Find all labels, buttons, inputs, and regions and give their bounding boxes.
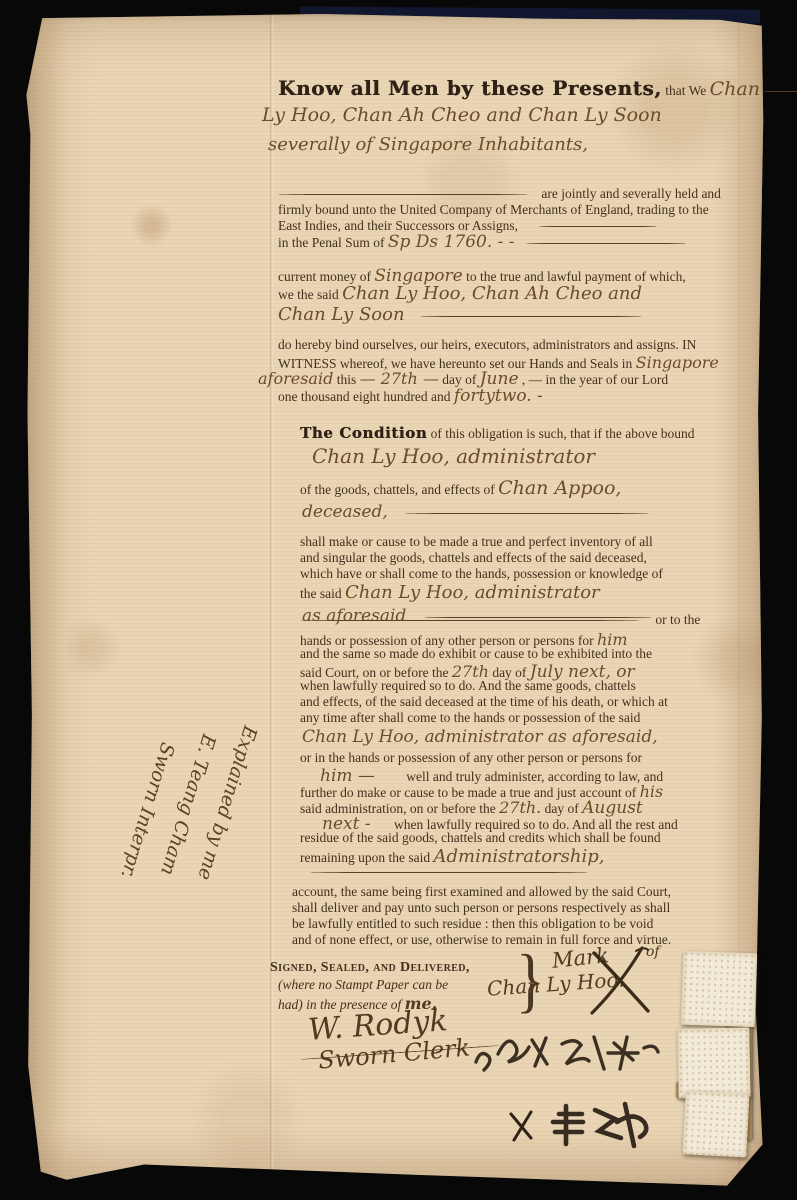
printed-line: the said Chan Ly Hoo, administrator <box>300 582 600 603</box>
printed-text: this <box>337 372 357 387</box>
printed-text: are jointly and severally held and <box>541 186 721 201</box>
printed-line: deceased, <box>302 502 649 522</box>
margin-note-interpreter: Explained by me E. Teang Cham Sworn Inte… <box>62 699 268 1057</box>
printed-line: shall deliver and pay unto such person o… <box>292 900 670 916</box>
printed-text: one thousand eight hundred and <box>278 389 450 404</box>
handwritten-rule <box>405 513 649 514</box>
hw-obligor-residence: severally of Singapore Inhabitants, <box>268 134 588 155</box>
handwritten-rule <box>278 194 528 195</box>
hw-said-names-1: Chan Ly Hoo, Chan Ah Cheo and <box>342 283 642 304</box>
printed-line: The Condition of this obligation is such… <box>300 424 695 442</box>
chinese-signature-icon <box>468 1022 660 1080</box>
printed-line: shall make or cause to be made a true an… <box>300 534 653 550</box>
printed-text: of this obligation is such, that if the … <box>431 426 695 441</box>
printed-line: Chan Ly Soon <box>278 304 642 325</box>
printed-line: we the said Chan Ly Hoo, Chan Ah Cheo an… <box>278 283 642 304</box>
handwritten-rule <box>539 226 657 227</box>
handwritten-rule <box>763 91 797 92</box>
printed-line: and effects, of the said deceased at the… <box>300 694 668 710</box>
printed-text: in the Penal Sum of <box>278 235 385 250</box>
document-scan: Know all Men by these Presents, that We … <box>0 0 797 1200</box>
printed-text: we the said <box>278 287 339 302</box>
heading-rest: that We <box>665 83 706 98</box>
hw-obligor-names-2: Ly Hoo, Chan Ah Cheo and Chan Ly Soon <box>262 104 662 126</box>
printed-text: the said <box>300 586 342 601</box>
hw-obligor-name-1: Chan <box>710 78 760 100</box>
printed-text: current money of <box>278 269 371 284</box>
printed-line: do hereby bind ourselves, our heirs, exe… <box>278 337 696 353</box>
printed-text: to the true and lawful payment of which, <box>466 269 686 284</box>
printed-line: be lawfully entitled to such residue : t… <box>292 916 653 932</box>
printed-line: and the same so made do exhibit or cause… <box>300 646 652 662</box>
printed-line: when lawfully required so to do. And the… <box>300 678 636 694</box>
printed-line: of the goods, chattels, and effects of C… <box>300 477 621 499</box>
hw-penal-sum: Sp Ds 1760. - - <box>388 232 515 252</box>
printed-line: account, the same being first examined a… <box>292 884 671 900</box>
heading-blackletter: Know all Men by these Presents, <box>278 76 662 100</box>
hw-said-names-2: Chan Ly Soon <box>278 304 405 325</box>
printed-line: or to the <box>300 612 700 628</box>
printed-line <box>310 864 588 880</box>
printed-line: which have or shall come to the hands, p… <box>300 566 663 582</box>
handwritten-rule <box>310 872 588 873</box>
printed-line: any time after shall come to the hands o… <box>300 710 640 726</box>
hw-deceased: deceased, <box>302 502 388 522</box>
printed-text: day of <box>442 372 476 387</box>
printed-line: firmly bound unto the United Company of … <box>278 202 709 218</box>
printed-line: residue of the said goods, chattels and … <box>300 830 661 846</box>
hw-year: fortytwo. - <box>454 386 543 406</box>
attestation-line-1: Signed, Sealed, and Delivered, <box>270 960 470 976</box>
condition-blackletter: The Condition <box>300 424 427 442</box>
wafer-seal-1 <box>681 951 758 1028</box>
hw-administrator-2: Chan Ly Hoo, administrator <box>345 582 600 603</box>
printed-text: of the goods, chattels, and effects of <box>300 482 495 497</box>
hw-administrator-3: Chan Ly Hoo, administrator as aforesaid, <box>302 727 658 747</box>
x-mark-icon <box>588 945 656 1017</box>
hw-his: his <box>640 782 664 801</box>
printed-line: and singular the goods, chattels and eff… <box>300 550 647 566</box>
document-heading: Know all Men by these Presents, that We … <box>278 76 797 100</box>
chinese-signature-icon <box>505 1092 670 1156</box>
handwritten-rule <box>420 316 642 317</box>
printed-line: or in the hands or possession of any oth… <box>300 750 642 766</box>
printed-text: East Indies, and their Successors or Ass… <box>278 218 518 233</box>
hw-deceased-name: Chan Appoo, <box>498 477 621 499</box>
printed-text: , — in the year of our Lord <box>522 372 668 387</box>
printed-text: remaining upon the said <box>300 850 430 865</box>
wafer-seal-3 <box>682 1090 749 1157</box>
wafer-seal-2 <box>677 1027 750 1098</box>
handwritten-rule <box>526 243 686 244</box>
printed-line: in the Penal Sum of Sp Ds 1760. - - <box>278 232 686 252</box>
hw-administrator-name: Chan Ly Hoo, administrator <box>312 444 595 468</box>
attestation-line-2: (where no Stampt Paper can be <box>278 977 448 993</box>
printed-line: are jointly and severally held and <box>278 186 721 202</box>
handwritten-rule <box>300 620 640 621</box>
printed-text: or to the <box>655 612 700 627</box>
printed-line: one thousand eight hundred and fortytwo.… <box>278 386 543 406</box>
document-content: Know all Men by these Presents, that We … <box>0 0 797 1200</box>
